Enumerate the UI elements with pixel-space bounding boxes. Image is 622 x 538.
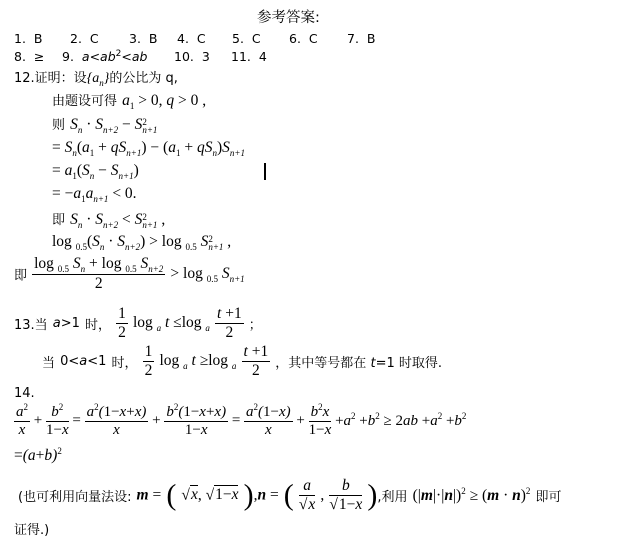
page-title: 参考答案:: [257, 6, 320, 27]
q14-final: 证得.): [14, 519, 49, 538]
answer-8: 8. ≥: [14, 49, 44, 64]
q14-alternative: (也可利用向量法设: m = ( √x, √1−x ),n = ( a√x , …: [18, 477, 562, 514]
q13-line-2: 当 0<a<1 时， 12 log a t ≥log a t +12 ，其中等号…: [42, 343, 442, 380]
answer-11: 11. 4: [231, 49, 267, 64]
answer-3: 3. B: [129, 31, 157, 46]
answer-4: 4. C: [177, 31, 206, 46]
q12-line-8: 即 log 0.5 Sn + log 0.5 Sn+2 2 > log 0.5 …: [14, 255, 245, 293]
q12-line-6: 即 Sn · Sn+2 < S2n+1 ,: [52, 209, 165, 230]
q12-line-3: = Sn(a1 + qSn+1) − (a1 + qSn)Sn+1: [52, 139, 245, 158]
q12-line-2: 则 Sn · Sn+2 − S2n+1: [52, 114, 157, 135]
answer-10: 10. 3: [174, 49, 210, 64]
q12-line-7: log 0.5(Sn · Sn+2) > log 0.5 S2n+1 ,: [52, 233, 231, 252]
answer-6: 6. C: [289, 31, 318, 46]
q14-equation: a2x + b21−x = a2(1−x+x)x + b2(1−x+x)1−x …: [14, 402, 466, 440]
answer-9: 9. a<ab2<ab: [62, 49, 147, 64]
q12-fraction: log 0.5 Sn + log 0.5 Sn+2 2: [32, 255, 165, 293]
q12-line-1: 由题设可得 a1 > 0, q > 0 ,: [52, 90, 206, 111]
q12-line-4: = a1(Sn − Sn+1): [52, 162, 139, 181]
q12-line-5: = −a1an+1 < 0.: [52, 185, 137, 204]
text-cursor: [264, 163, 266, 180]
q13-line-1: 13.当 a>1 时， 12 log a t ≤log a t +12 ；: [14, 305, 262, 342]
answer-1: 1. B: [14, 31, 42, 46]
answer-2: 2. C: [70, 31, 99, 46]
q14-label: 14.: [14, 386, 35, 401]
q12-heading: 12.证明：设{an}的公比为 q,: [14, 67, 178, 88]
q14-result: =(a+b)2: [14, 446, 62, 465]
answer-5: 5. C: [232, 31, 261, 46]
answer-7: 7. B: [347, 31, 375, 46]
